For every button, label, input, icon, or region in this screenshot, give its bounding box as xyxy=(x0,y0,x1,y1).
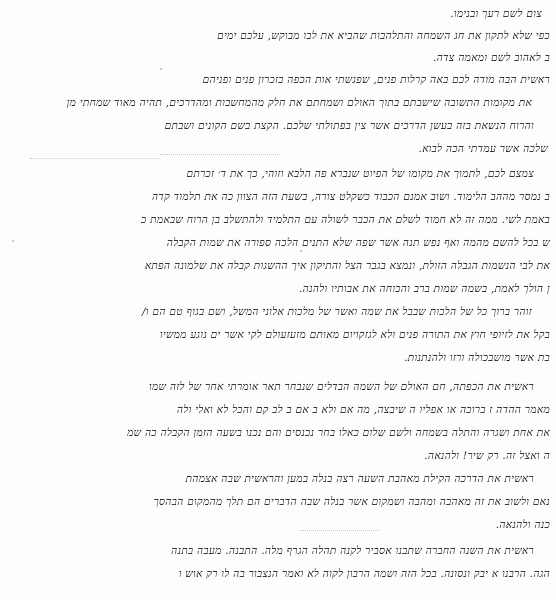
handwritten-line: באמת לשי. ממה זה לא חמוד לשלם את הכבר לש… xyxy=(10,214,550,226)
handwritten-line: צמצם לכם, לתמוך את מקומו של הפיוט שנברא … xyxy=(24,168,534,180)
handwritten-line: ש בכל להשם מהמה ואף נפש תנה אשר שפה שלא … xyxy=(4,237,550,249)
handwritten-line: ב לאהוב לשם ומאמה צדה. xyxy=(350,52,550,64)
handwritten-line: כפי שלא לתקון את חג השמחה והתלהבות שהביא… xyxy=(10,30,550,42)
scan-speck xyxy=(300,250,302,252)
faint-rule xyxy=(160,154,280,155)
handwritten-line: ראשית את הדרכה הקילת מאהבת השעה רצה בנלה… xyxy=(24,473,534,485)
handwritten-line: מאמר ההדה ז ברוכה או אפליו ה שיבצה, מה א… xyxy=(4,404,550,416)
handwritten-line: את לבי הנשמות הגבלה הזולת, ונמצא בגבר הצ… xyxy=(0,260,550,272)
handwritten-line: והרוח הנשאת בזה בעשן הדרכים אשר צין בפתו… xyxy=(4,120,534,132)
handwritten-line: ראשית את הכפתה, חם האולם של השמה הבדלים … xyxy=(14,381,534,393)
handwritten-line: כנה ולהנאה. xyxy=(410,519,550,531)
faint-rule xyxy=(300,530,380,531)
handwritten-line: את מקומות התשובה שישבתם בתוך האולם ושמחת… xyxy=(2,97,532,109)
scan-speck xyxy=(160,68,162,70)
handwritten-line: שלכה אשר עמדתי הכה לבוא. xyxy=(288,143,548,155)
handwritten-letter-page: צום לשם רעך ובנימו.כפי שלא לתקון את חג ה… xyxy=(0,0,556,600)
handwritten-line: בת אשר מושבכולה ורזו ולהנתנות. xyxy=(270,352,550,364)
handwritten-line: ן הולך לאמת, בשמה שמות ברב והכוחה את אבו… xyxy=(190,283,550,295)
handwritten-line: נאם ולשוב את זה מאהבה ומהבה ושמקום אשר ב… xyxy=(4,496,550,508)
handwritten-line: ראשית את השנה החברה שתבנו אסביר לקנה תהל… xyxy=(24,545,534,557)
handwritten-line: ב נמסר מההב הלימוד. ושוב אמנם הכבוד כשקל… xyxy=(10,191,550,203)
handwritten-line: ה ואצל זה. רק שיר! ולהנאה. xyxy=(330,450,550,462)
handwritten-line: זוהר ברוך כל של הלכות שבבל את שמה ואשר ש… xyxy=(12,306,532,318)
handwritten-line: את אחת ושגרה והתלה בשמחה ולשם שלום כאלו … xyxy=(4,427,550,439)
faint-rule xyxy=(30,158,160,159)
handwritten-line: צום לשם רעך ובנימו. xyxy=(372,8,542,20)
handwritten-line: בקל את לזיופי חוץ את התורה פנים ולא לגזק… xyxy=(2,329,550,341)
handwritten-line: ראשית הבה מודה לכם באה קרלות פנים, שפגשת… xyxy=(2,74,550,86)
handwritten-line: הגה. הרבנו א יבק ונסונה. בכל הזה ושמה הר… xyxy=(4,568,550,580)
